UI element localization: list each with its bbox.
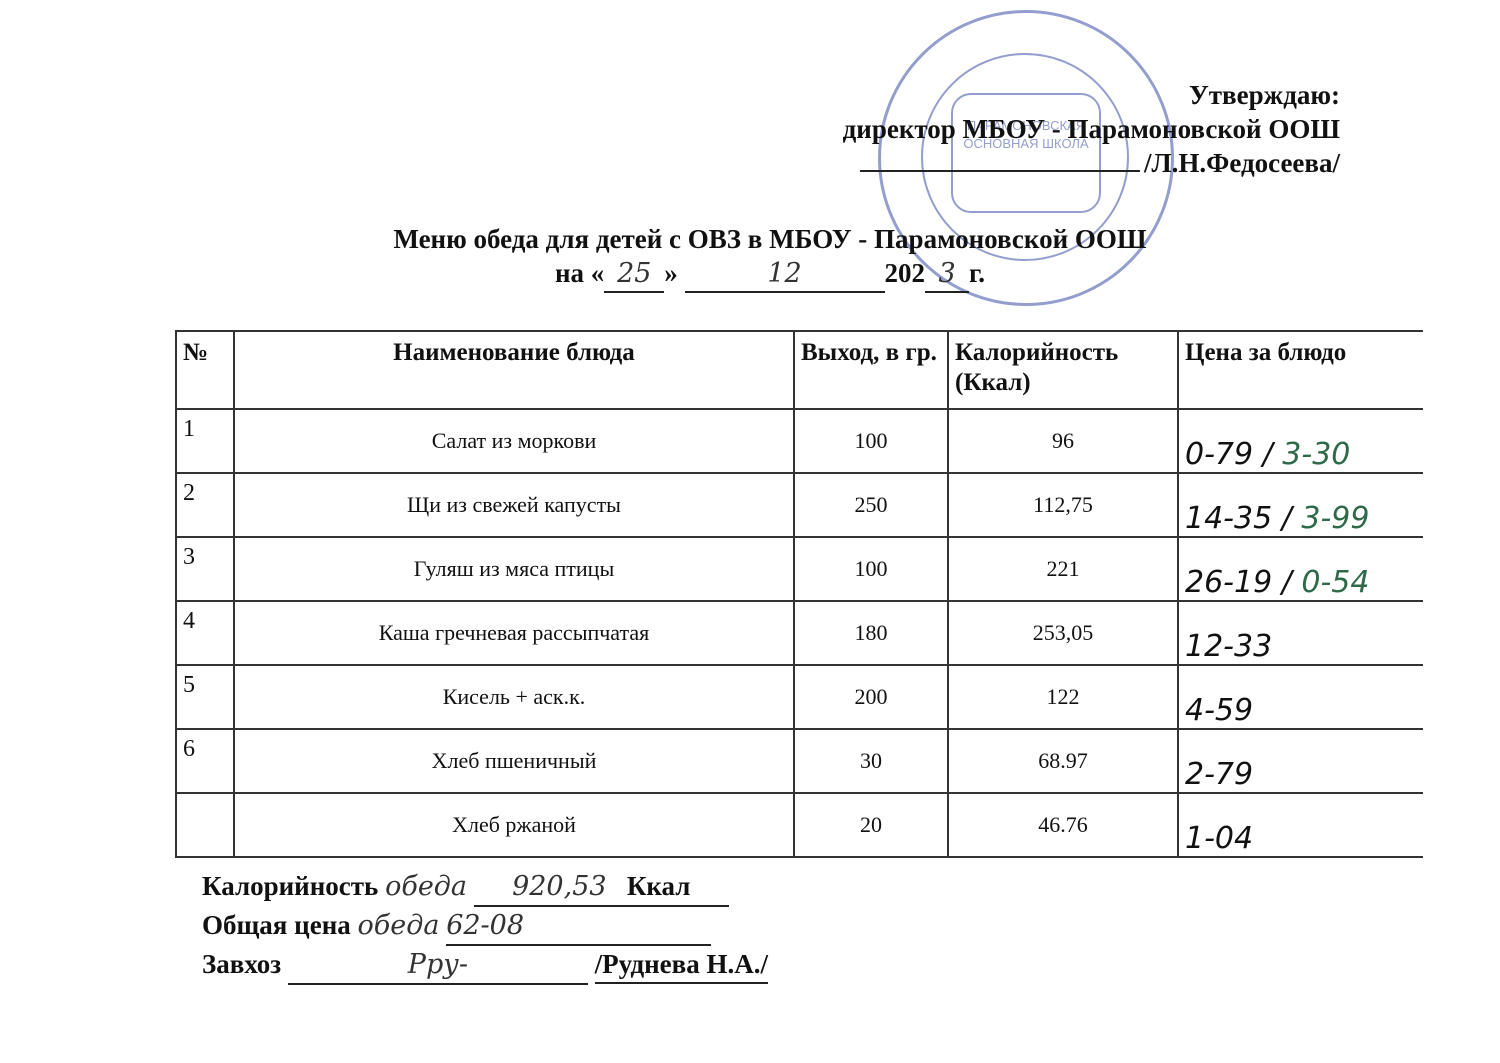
price-value-alt: 3-30 xyxy=(1282,437,1350,472)
price-value: 12-33 xyxy=(1185,629,1272,664)
header-price: Цена за блюдо xyxy=(1178,331,1423,409)
dish-price: 12-33 xyxy=(1178,601,1423,665)
price-value: 1-04 xyxy=(1185,821,1253,856)
dish-yield: 100 xyxy=(794,537,948,601)
dish-price: 26-19 / 0-54 xyxy=(1178,537,1423,601)
kcal-handwritten: обеда xyxy=(385,871,467,902)
row-number: 3 xyxy=(176,537,234,601)
header-number: № xyxy=(176,331,234,409)
table-row: 3 Гуляш из мяса птицы 100 221 26-19 / 0-… xyxy=(176,537,1423,601)
kcal-label: Калорийность xyxy=(202,871,378,901)
summary-price: Общая цена обеда 62-08 xyxy=(202,907,768,946)
dish-name: Хлеб ржаной xyxy=(234,793,794,857)
menu-table: № Наименование блюда Выход, в гр. Калори… xyxy=(175,330,1423,858)
document-title: Меню обеда для детей с ОВЗ в МБОУ - Пара… xyxy=(0,222,1500,293)
dish-name: Хлеб пшеничный xyxy=(234,729,794,793)
dish-kcal: 221 xyxy=(948,537,1178,601)
table-row: 4 Каша гречневая рассыпчатая 180 253,05 … xyxy=(176,601,1423,665)
dish-kcal: 122 xyxy=(948,665,1178,729)
kcal-total-field: 920,53 Ккал xyxy=(474,868,729,907)
approval-block: Утверждаю: директор МБОУ - Парамоновской… xyxy=(843,78,1340,180)
table-header: № Наименование блюда Выход, в гр. Калори… xyxy=(176,331,1423,409)
price-label: Общая цена xyxy=(202,910,351,940)
dish-name: Гуляш из мяса птицы xyxy=(234,537,794,601)
manager-signature: Рру- xyxy=(288,947,588,985)
dish-kcal: 68.97 xyxy=(948,729,1178,793)
summary-kcal: Калорийность обеда 920,53 Ккал xyxy=(202,868,768,907)
header-kcal: Калорийность (Ккал) xyxy=(948,331,1178,409)
dish-name: Кисель + аск.к. xyxy=(234,665,794,729)
row-number: 6 xyxy=(176,729,234,793)
summary-manager: Завхоз Рру- /Руднева Н.А./ xyxy=(202,946,768,985)
dish-yield: 30 xyxy=(794,729,948,793)
dish-kcal: 96 xyxy=(948,409,1178,473)
dish-name: Каша гречневая рассыпчатая xyxy=(234,601,794,665)
price-total: 62-08 xyxy=(446,908,711,946)
approval-position: директор МБОУ - Парамоновской ООШ xyxy=(843,112,1340,146)
dish-price: 0-79 / 3-30 xyxy=(1178,409,1423,473)
date-year-suffix: 3 xyxy=(925,257,969,293)
row-number: 5 xyxy=(176,665,234,729)
dish-name: Щи из свежей капусты xyxy=(234,473,794,537)
price-value-alt: 3-99 xyxy=(1301,501,1369,536)
dish-yield: 100 xyxy=(794,409,948,473)
kcal-total: 920,53 xyxy=(512,871,606,902)
row-number xyxy=(176,793,234,857)
row-number: 2 xyxy=(176,473,234,537)
table-row: 1 Салат из моркови 100 96 0-79 / 3-30 xyxy=(176,409,1423,473)
dish-name: Салат из моркови xyxy=(234,409,794,473)
price-value-alt: 0-54 xyxy=(1301,565,1369,600)
dish-yield: 20 xyxy=(794,793,948,857)
price-value: 2-79 xyxy=(1185,757,1253,792)
price-value: 4-59 xyxy=(1185,693,1253,728)
approval-signature-row: /Л.Н.Федосеева/ xyxy=(843,146,1340,180)
dish-yield: 180 xyxy=(794,601,948,665)
dish-kcal: 253,05 xyxy=(948,601,1178,665)
dish-yield: 200 xyxy=(794,665,948,729)
dish-price: 1-04 xyxy=(1178,793,1423,857)
date-mid: » xyxy=(664,258,678,288)
title-line: Меню обеда для детей с ОВЗ в МБОУ - Пара… xyxy=(0,222,1500,256)
dish-price: 4-59 xyxy=(1178,665,1423,729)
dish-price: 14-35 / 3-99 xyxy=(1178,473,1423,537)
summary-block: Калорийность обеда 920,53 Ккал Общая цен… xyxy=(202,868,768,985)
table-row: 6 Хлеб пшеничный 30 68.97 2-79 xyxy=(176,729,1423,793)
price-value: 0-79 xyxy=(1185,437,1253,472)
price-value: 26-19 xyxy=(1185,565,1272,600)
table-row: 2 Щи из свежей капусты 250 112,75 14-35 … xyxy=(176,473,1423,537)
approver-name: /Л.Н.Федосеева/ xyxy=(1144,148,1340,178)
table-row: 5 Кисель + аск.к. 200 122 4-59 xyxy=(176,665,1423,729)
manager-label: Завхоз xyxy=(202,949,281,979)
dish-price: 2-79 xyxy=(1178,729,1423,793)
table-row: Хлеб ржаной 20 46.76 1-04 xyxy=(176,793,1423,857)
header-yield: Выход, в гр. xyxy=(794,331,948,409)
title-date: на «25» 122023г. xyxy=(0,256,1500,293)
dish-kcal: 46.76 xyxy=(948,793,1178,857)
date-month: 12 xyxy=(685,257,885,293)
date-year-end: г. xyxy=(969,258,985,288)
date-year-prefix: 202 xyxy=(885,258,926,288)
row-number: 4 xyxy=(176,601,234,665)
date-prefix: на « xyxy=(555,258,604,288)
price-value: 14-35 xyxy=(1185,501,1272,536)
kcal-unit: Ккал xyxy=(627,871,691,901)
dish-yield: 250 xyxy=(794,473,948,537)
manager-name: /Руднева Н.А./ xyxy=(595,946,768,984)
price-handwritten: обеда xyxy=(358,910,440,941)
row-number: 1 xyxy=(176,409,234,473)
date-day: 25 xyxy=(604,257,664,293)
signature-line xyxy=(860,170,1140,172)
dish-kcal: 112,75 xyxy=(948,473,1178,537)
header-dish: Наименование блюда xyxy=(234,331,794,409)
approval-heading: Утверждаю: xyxy=(843,78,1340,112)
